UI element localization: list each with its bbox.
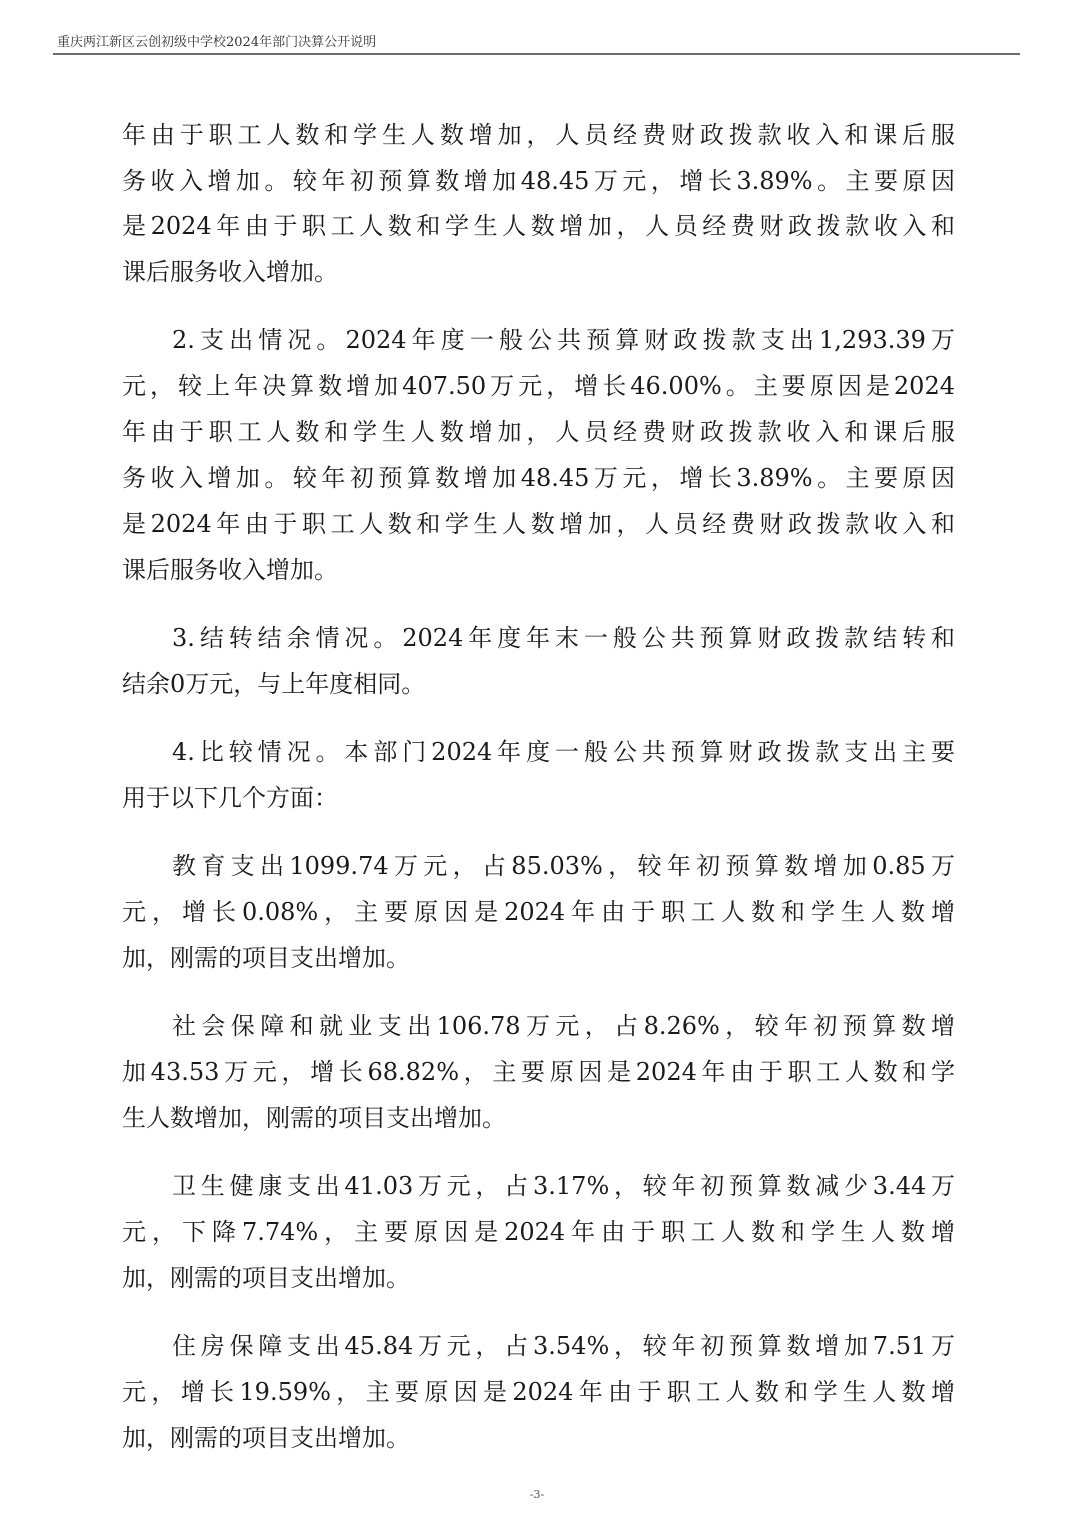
paragraph-line: 3.结转结余情况。2024年度年末一般公共预算财政拨款结转和 [172, 615, 955, 661]
paragraph-line: 课后服务收入增加。 [122, 249, 955, 295]
paragraph-line: 加，刚需的项目支出增加。 [122, 1415, 955, 1461]
paragraph-line: 用于以下几个方面： [122, 775, 955, 821]
paragraph-line: 元，较上年决算数增加407.50万元，增长46.00%。主要原因是2024 [122, 363, 955, 409]
paragraph-line: 是2024年由于职工人数和学生人数增加，人员经费财政拨款收入和 [122, 501, 955, 547]
paragraph-line: 结余0万元，与上年度相同。 [122, 661, 955, 707]
paragraph-line: 教育支出1099.74万元，占85.03%，较年初预算数增加0.85万 [172, 843, 955, 889]
paragraph-line: 卫生健康支出41.03万元，占3.17%，较年初预算数减少3.44万 [172, 1163, 955, 1209]
paragraph-line: 年由于职工人数和学生人数增加，人员经费财政拨款收入和课后服 [122, 112, 955, 158]
paragraph-line: 住房保障支出45.84万元，占3.54%，较年初预算数增加7.51万 [172, 1323, 955, 1369]
paragraph-line: 加43.53万元，增长68.82%，主要原因是2024年由于职工人数和学 [122, 1049, 955, 1095]
paragraph-line: 课后服务收入增加。 [122, 547, 955, 593]
paragraph-line: 是2024年由于职工人数和学生人数增加，人员经费财政拨款收入和 [122, 203, 955, 249]
header-divider [53, 53, 1020, 55]
running-header-title: 重庆两江新区云创初级中学校2024年部门决算公开说明 [57, 31, 376, 50]
paragraph-line: 元，增长19.59%，主要原因是2024年由于职工人数和学生人数增 [122, 1369, 955, 1415]
page-number: -3- [0, 1488, 1074, 1501]
paragraph-line: 社会保障和就业支出106.78万元，占8.26%，较年初预算数增 [172, 1003, 955, 1049]
paragraph-line: 4.比较情况。本部门2024年度一般公共预算财政拨款支出主要 [172, 729, 955, 775]
paragraph-line: 务收入增加。较年初预算数增加48.45万元，增长3.89%。主要原因 [122, 455, 955, 501]
paragraph-line: 生人数增加，刚需的项目支出增加。 [122, 1095, 955, 1141]
paragraph-line: 元，下降7.74%，主要原因是2024年由于职工人数和学生人数增 [122, 1209, 955, 1255]
paragraph-line: 加，刚需的项目支出增加。 [122, 935, 955, 981]
paragraph-line: 年由于职工人数和学生人数增加，人员经费财政拨款收入和课后服 [122, 409, 955, 455]
paragraph-line: 元，增长0.08%，主要原因是2024年由于职工人数和学生人数增 [122, 889, 955, 935]
paragraph-line: 务收入增加。较年初预算数增加48.45万元，增长3.89%。主要原因 [122, 158, 955, 204]
paragraph-line: 加，刚需的项目支出增加。 [122, 1255, 955, 1301]
paragraph-line: 2.支出情况。2024年度一般公共预算财政拨款支出1,293.39万 [172, 317, 955, 363]
